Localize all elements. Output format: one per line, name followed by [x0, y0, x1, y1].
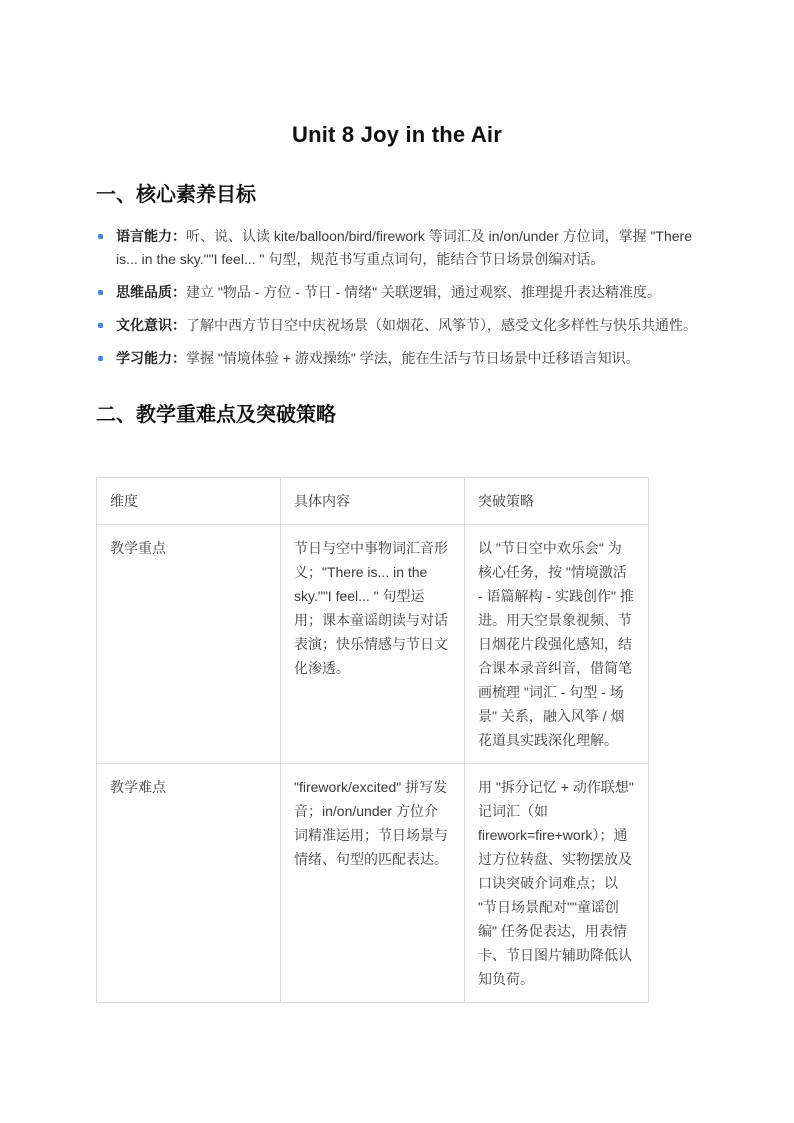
bullet-label: 文化意识： — [116, 317, 186, 333]
list-item: 学习能力：掌握 "情境体验 + 游戏操练" 学法，能在生活与节日场景中迁移语言知… — [96, 347, 698, 370]
bullet-dot-icon — [98, 323, 103, 328]
list-item: 文化意识：了解中西方节日空中庆祝场景（如烟花、风筝节），感受文化多样性与快乐共通… — [96, 314, 698, 337]
core-goals-list: 语言能力：听、说、认读 kite/balloon/bird/firework 等… — [96, 225, 698, 370]
key-points-table: 维度 具体内容 突破策略 教学重点 节日与空中事物词汇音形义；"There is… — [96, 477, 649, 1003]
column-header-strategy: 突破策略 — [465, 478, 649, 525]
cell-dimension: 教学重点 — [97, 525, 281, 764]
bullet-dot-icon — [98, 356, 103, 361]
section-heading-core-goals: 一、核心素养目标 — [96, 178, 794, 207]
column-header-dimension: 维度 — [97, 478, 281, 525]
table-row: 教学重点 节日与空中事物词汇音形义；"There is... in the sk… — [97, 525, 649, 764]
document-title: Unit 8 Joy in the Air — [0, 0, 794, 148]
bullet-label: 思维品质： — [116, 284, 186, 300]
list-item: 语言能力：听、说、认读 kite/balloon/bird/firework 等… — [96, 225, 698, 271]
bullet-label: 语言能力： — [116, 228, 186, 244]
table-row: 教学难点 "firework/excited" 拼写发音；in/on/under… — [97, 764, 649, 1003]
column-header-content: 具体内容 — [281, 478, 465, 525]
bullet-text: 听、说、认读 kite/balloon/bird/firework 等词汇及 i… — [116, 228, 692, 267]
bullet-text: 掌握 "情境体验 + 游戏操练" 学法，能在生活与节日场景中迁移语言知识。 — [186, 350, 640, 366]
bullet-dot-icon — [98, 290, 103, 295]
cell-strategy: 以 "节日空中欢乐会" 为核心任务，按 "情境激活 - 语篇解构 - 实践创作"… — [465, 525, 649, 764]
table-header-row: 维度 具体内容 突破策略 — [97, 478, 649, 525]
cell-dimension: 教学难点 — [97, 764, 281, 1003]
bullet-dot-icon — [98, 234, 103, 239]
list-item: 思维品质：建立 "物品 - 方位 - 节日 - 情绪" 关联逻辑，通过观察、推理… — [96, 281, 698, 304]
bullet-label: 学习能力： — [116, 350, 186, 366]
bullet-text: 了解中西方节日空中庆祝场景（如烟花、风筝节），感受文化多样性与快乐共通性。 — [186, 317, 697, 333]
cell-strategy: 用 "拆分记忆 + 动作联想" 记词汇（如 firework=fire+work… — [465, 764, 649, 1003]
cell-content: 节日与空中事物词汇音形义；"There is... in the sky.""I… — [281, 525, 465, 764]
section-heading-key-points: 二、教学重难点及突破策略 — [96, 398, 794, 427]
cell-content: "firework/excited" 拼写发音；in/on/under 方位介词… — [281, 764, 465, 1003]
document-page: Unit 8 Joy in the Air 一、核心素养目标 语言能力：听、说、… — [0, 0, 794, 1123]
bullet-text: 建立 "物品 - 方位 - 节日 - 情绪" 关联逻辑，通过观察、推理提升表达精… — [186, 284, 661, 300]
